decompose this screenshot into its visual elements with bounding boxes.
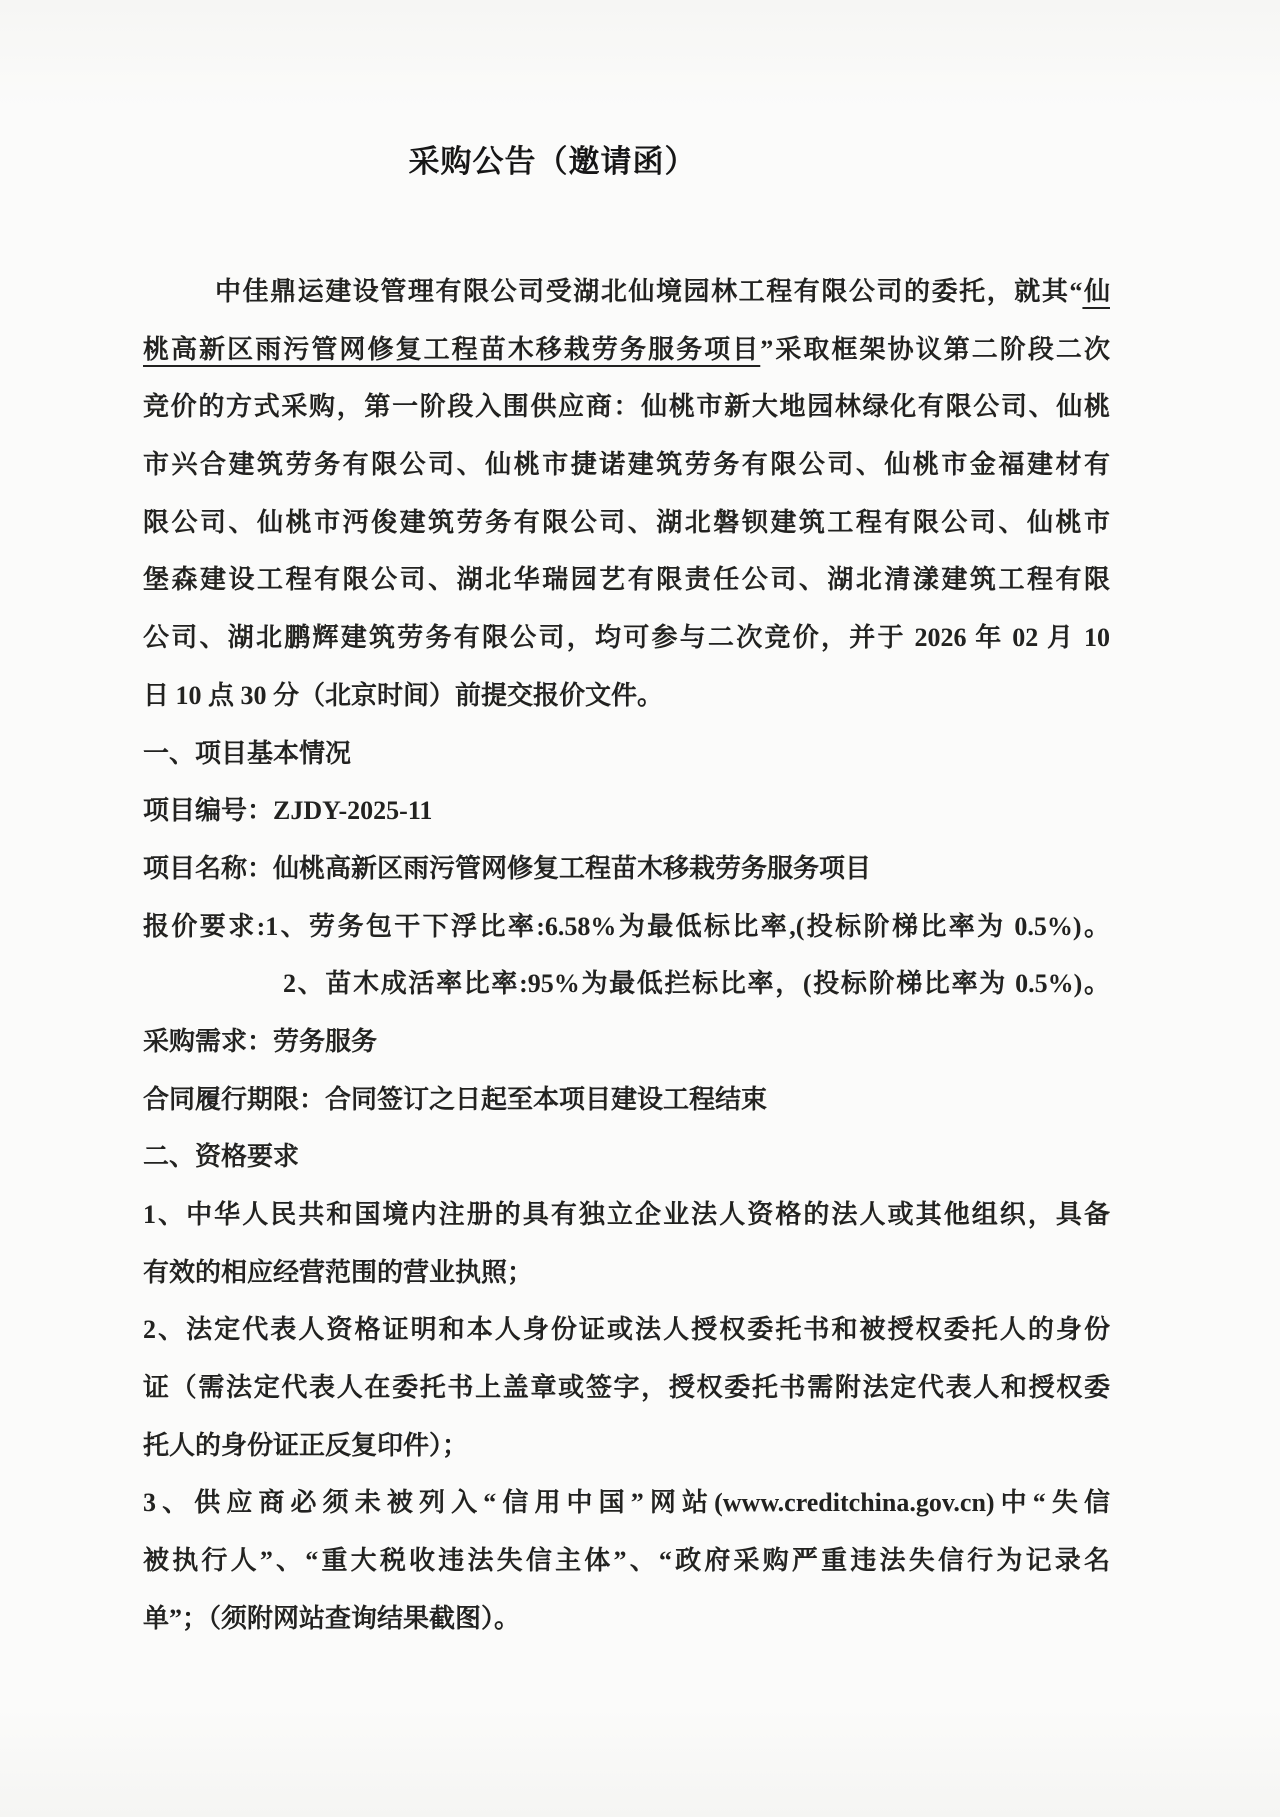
document-body: 中佳鼎运建设管理有限公司受湖北仙境园林工程有限公司的委托，就其“仙 桃高新区雨污… bbox=[143, 263, 1110, 1648]
intro-line-8: 日 10 点 30 分（北京时间）前提交报价文件。 bbox=[143, 667, 1110, 725]
requirement-2-line-1: 2、法定代表人资格证明和本人身份证或法人授权委托书和被授权委托人的身份 bbox=[143, 1301, 1110, 1359]
requirement-1-line-1: 1、中华人民共和国境内注册的具有独立企业法人资格的法人或其他组织，具备 bbox=[143, 1186, 1110, 1244]
intro-line-4: 市兴合建筑劳务有限公司、仙桃市捷诺建筑劳务有限公司、仙桃市金福建材有 bbox=[143, 436, 1110, 494]
intro-line-2-underlined: 桃高新区雨污管网修复工程苗木移栽劳务服务项目 bbox=[143, 335, 760, 364]
intro-line-2: 桃高新区雨污管网修复工程苗木移栽劳务服务项目”采取框架协议第二阶段二次 bbox=[143, 321, 1110, 379]
project-name: 项目名称：仙桃高新区雨污管网修复工程苗木移栽劳务服务项目 bbox=[143, 840, 1110, 898]
requirement-2-line-3: 托人的身份证正反复印件）； bbox=[143, 1417, 1110, 1475]
section1-heading: 一、项目基本情况 bbox=[143, 725, 1110, 783]
project-number: 项目编号：ZJDY-2025-11 bbox=[143, 782, 1110, 840]
requirement-3-line-2: 被执行人”、“重大税收违法失信主体”、“政府采购严重违法失信行为记录名 bbox=[143, 1532, 1110, 1590]
requirement-2-line-2: 证（需法定代表人在委托书上盖章或签字，授权委托书需附法定代表人和授权委 bbox=[143, 1359, 1110, 1417]
intro-line-6: 堡森建设工程有限公司、湖北华瑞园艺有限责任公司、湖北清漾建筑工程有限 bbox=[143, 551, 1110, 609]
requirement-3-line-3: 单”；（须附网站查询结果截图）。 bbox=[143, 1590, 1110, 1648]
requirement-1-line-2: 有效的相应经营范围的营业执照； bbox=[143, 1244, 1110, 1302]
document-title: 采购公告（邀请函） bbox=[69, 136, 1036, 181]
intro-line-1-text: 中佳鼎运建设管理有限公司受湖北仙境园林工程有限公司的委托，就其“ bbox=[215, 277, 1082, 306]
intro-line-1: 中佳鼎运建设管理有限公司受湖北仙境园林工程有限公司的委托，就其“仙 bbox=[143, 263, 1110, 321]
contract-period: 合同履行期限：合同签订之日起至本项目建设工程结束 bbox=[143, 1071, 1110, 1129]
requirement-3-line-1: 3、供应商必须未被列入“信用中国”网站(www.creditchina.gov.… bbox=[143, 1474, 1110, 1532]
intro-line-5: 限公司、仙桃市沔俊建筑劳务有限公司、湖北磐钡建筑工程有限公司、仙桃市 bbox=[143, 494, 1110, 552]
intro-line-3: 竞价的方式采购，第一阶段入围供应商：仙桃市新大地园林绿化有限公司、仙桃 bbox=[143, 378, 1110, 436]
intro-line-1-underlined: 仙 bbox=[1082, 277, 1110, 306]
procurement-demand: 采购需求：劳务服务 bbox=[143, 1013, 1110, 1071]
section2-heading: 二、资格要求 bbox=[143, 1128, 1110, 1186]
intro-line-2-text: ”采取框架协议第二阶段二次 bbox=[760, 335, 1110, 364]
quote-requirement-2: 2、苗木成活率比率:95%为最低拦标比率，(投标阶梯比率为 0.5%)。 bbox=[143, 955, 1110, 1013]
intro-line-7: 公司、湖北鹏辉建筑劳务有限公司，均可参与二次竞价，并于 2026 年 02 月 … bbox=[143, 609, 1110, 667]
quote-requirement-1: 报价要求:1、劳务包干下浮比率:6.58%为最低标比率,(投标阶梯比率为 0.5… bbox=[143, 898, 1110, 956]
document-page: 采购公告（邀请函） 中佳鼎运建设管理有限公司受湖北仙境园林工程有限公司的委托，就… bbox=[0, 0, 1280, 1817]
